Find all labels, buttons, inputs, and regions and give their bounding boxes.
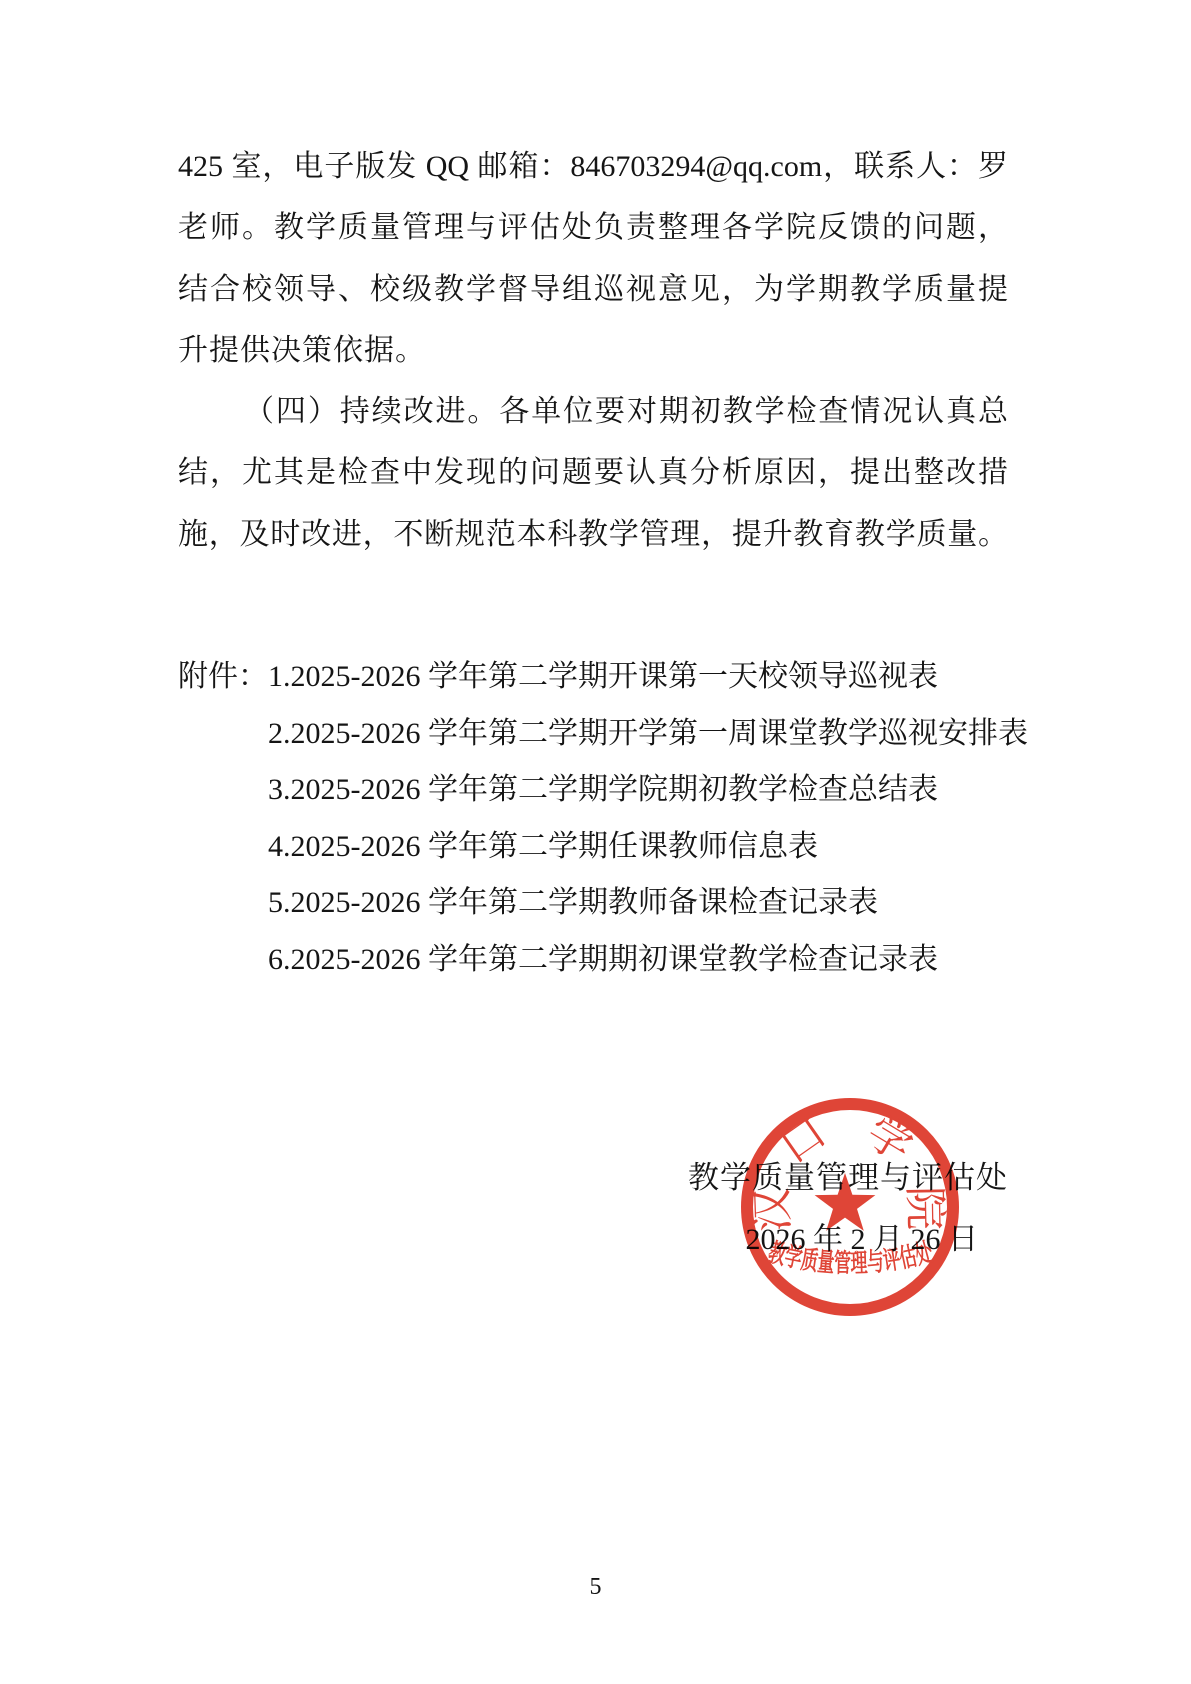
page-number: 5 (0, 1574, 1191, 1601)
attachment-item-3: 3.2025-2026 学年第二学期学院期初教学检查总结表 (178, 762, 1038, 819)
paragraph1-line3: 结合校领导、校级教学督导组巡视意见，为学期教学质量提 (178, 259, 1008, 320)
attachment-item-2: 2.2025-2026 学年第二学期开学第一周课堂教学巡视安排表 (178, 706, 1038, 763)
attachment-item-1: 1.2025-2026 学年第二学期开课第一天校领导巡视表 (268, 660, 938, 693)
seal-bottom-text: 教学质量管理与评估处 (765, 1237, 936, 1278)
document-page: 425 室，电子版发 QQ 邮箱：846703294@qq.com，联系人：罗 … (0, 0, 1191, 1684)
attachment-item-6: 6.2025-2026 学年第二学期期初课堂教学检查记录表 (178, 932, 1038, 989)
star-icon (815, 1173, 876, 1231)
attachment-label: 附件： (178, 660, 268, 693)
attachment-item-5: 5.2025-2026 学年第二学期教师备课检查记录表 (178, 875, 1038, 932)
paragraph1-line1: 425 室，电子版发 QQ 邮箱：846703294@qq.com，联系人：罗 (178, 136, 1008, 197)
seal-org-char-4: 院 (900, 1186, 950, 1231)
seal-org-char-2: 口 (771, 1107, 835, 1172)
paragraph2-line1: （四）持续改进。各单位要对期初教学检查情况认真总 (178, 381, 1008, 442)
official-seal: 汉 口 学 院 教学质量管理与评估处 (730, 1087, 970, 1327)
paragraph2-line3: 施，及时改进，不断规范本科教学管理，提升教育教学质量。 (178, 504, 1008, 565)
seal-org-char-3: 学 (859, 1107, 922, 1172)
attachment-item-4: 4.2025-2026 学年第二学期任课教师信息表 (178, 819, 1038, 876)
paragraph1-line2: 老师。教学质量管理与评估处负责整理各学院反馈的问题， (178, 197, 1008, 258)
body-text: 425 室，电子版发 QQ 邮箱：846703294@qq.com，联系人：罗 … (178, 136, 1008, 565)
paragraph1-line4: 升提供决策依据。 (178, 320, 1008, 381)
seal-org-char-1: 汉 (747, 1187, 798, 1233)
attachment-item: 附件：1.2025-2026 学年第二学期开课第一天校领导巡视表 (178, 649, 1038, 706)
paragraph2-line2: 结，尤其是检查中发现的问题要认真分析原因，提出整改措 (178, 442, 1008, 503)
attachment-list: 附件：1.2025-2026 学年第二学期开课第一天校领导巡视表 2.2025-… (178, 649, 1038, 988)
